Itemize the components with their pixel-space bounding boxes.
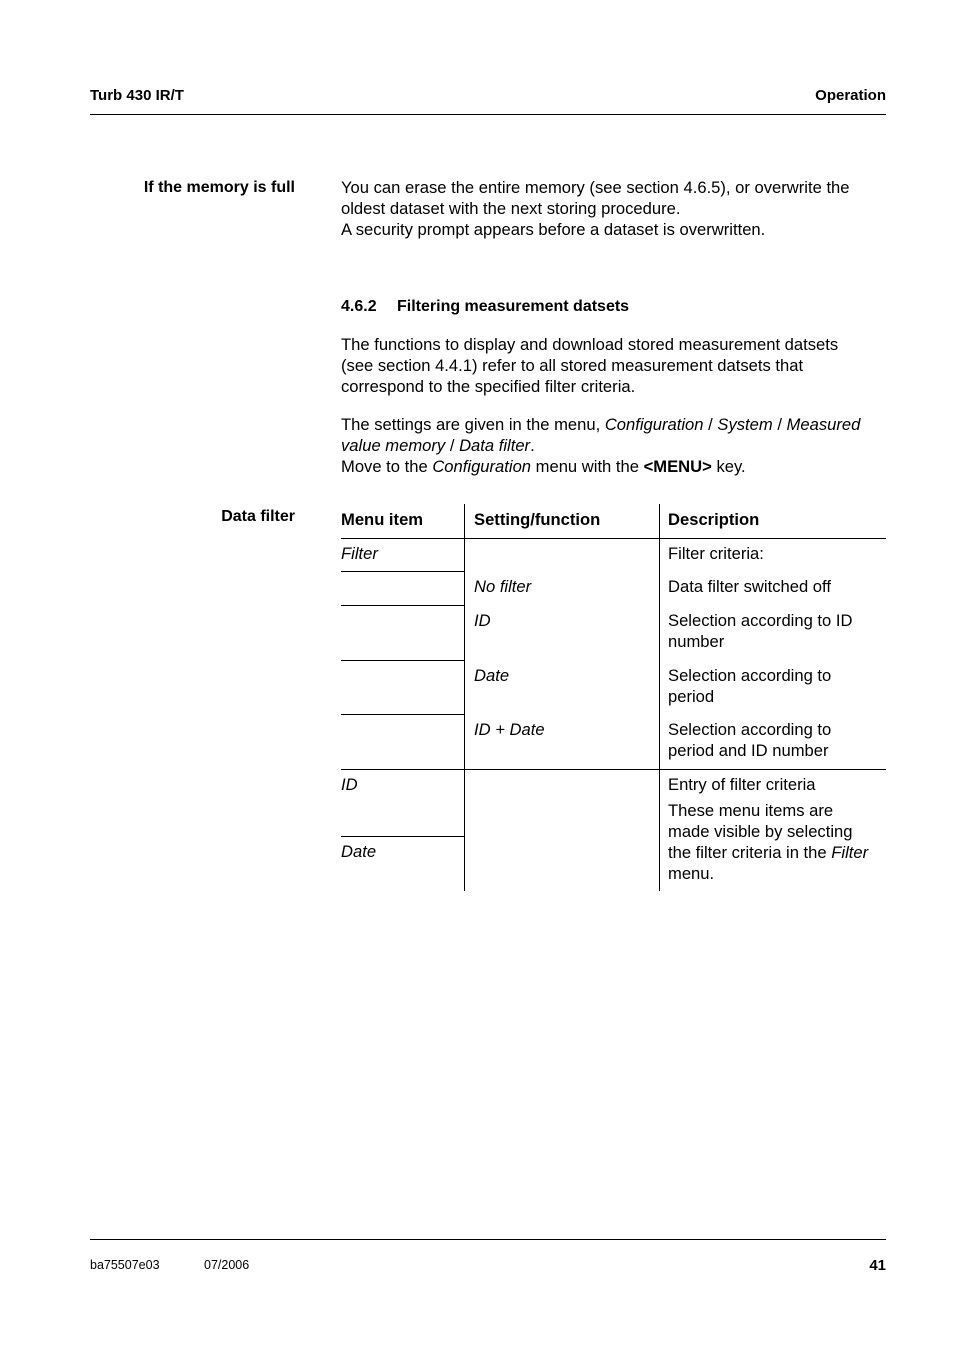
para-line: Move to the Configuration menu with the … — [341, 456, 891, 477]
table-cell-setting: ID + Date — [474, 719, 545, 740]
text: / — [704, 415, 718, 434]
setting-text: Date — [474, 666, 509, 685]
desc-line: period and ID number — [668, 740, 831, 761]
desc-line: These menu items are — [668, 800, 868, 821]
setting-text: ID + Date — [474, 720, 545, 739]
para-line: value memory / Data filter. — [341, 435, 891, 456]
table-cell-menu-item: Filter — [341, 543, 378, 564]
memory-full-label: If the memory is full — [144, 179, 295, 197]
setting-text: ID — [474, 611, 491, 630]
header-rule — [90, 114, 886, 115]
desc-line: the filter criteria in the Filter — [668, 842, 868, 863]
col-divider — [464, 504, 465, 891]
text: key. — [712, 457, 746, 476]
para-line: (see section 4.4.1) refer to all stored … — [341, 355, 891, 376]
th-description: Description — [668, 509, 759, 530]
key-name: <MENU> — [644, 457, 712, 476]
footer-rule — [90, 1239, 886, 1240]
menu-item-text: Filter — [341, 544, 378, 563]
row-divider — [341, 571, 464, 572]
col-divider — [659, 504, 660, 891]
menu-path: Configuration — [605, 415, 704, 434]
desc-line: Entry of filter criteria — [668, 774, 868, 795]
header-chapter: Operation — [815, 87, 886, 104]
text: / — [773, 415, 787, 434]
page-number: 41 — [869, 1257, 886, 1274]
para-line: correspond to the specified filter crite… — [341, 376, 891, 397]
menu-path: Data filter — [459, 436, 530, 455]
memory-full-text: You can erase the entire memory (see sec… — [341, 177, 891, 240]
header-underline — [341, 538, 886, 539]
section-para1: The functions to display and download st… — [341, 334, 891, 397]
menu-path: Configuration — [432, 457, 531, 476]
table-cell-description: Selection according to ID number — [668, 610, 852, 652]
text: The settings are given in the menu, — [341, 415, 605, 434]
table-cell-description: Filter criteria: — [668, 543, 764, 564]
row-divider — [341, 836, 464, 837]
memory-full-line: You can erase the entire memory (see sec… — [341, 177, 891, 198]
menu-path: System — [717, 415, 772, 434]
row-divider — [341, 660, 464, 661]
memory-full-line: A security prompt appears before a datas… — [341, 219, 891, 240]
row-divider — [341, 605, 464, 606]
table-cell-setting: No filter — [474, 576, 531, 597]
desc-line: period — [668, 686, 831, 707]
desc-line: Selection according to — [668, 665, 831, 686]
table-cell-setting: ID — [474, 610, 491, 631]
desc-line: made visible by selecting — [668, 821, 868, 842]
para-line: The functions to display and download st… — [341, 334, 891, 355]
text: menu with the — [531, 457, 644, 476]
th-setting: Setting/function — [474, 509, 600, 530]
menu-path: Measured — [787, 415, 861, 434]
menu-item-text: Date — [341, 842, 376, 861]
desc-line: Selection according to — [668, 719, 831, 740]
text: the filter criteria in the — [668, 843, 831, 862]
text: / — [445, 436, 459, 455]
para-line: The settings are given in the menu, Conf… — [341, 414, 891, 435]
menu-item-text: ID — [341, 775, 358, 794]
section-para2: The settings are given in the menu, Conf… — [341, 414, 891, 477]
desc-note: These menu items are made visible by sel… — [668, 800, 868, 884]
section-number: 4.6.2 — [341, 298, 397, 316]
text: Move to the — [341, 457, 432, 476]
desc-line: number — [668, 631, 852, 652]
footer-doc-id: ba75507e03 — [90, 1258, 160, 1272]
menu-path: Filter — [831, 843, 868, 862]
section-heading: 4.6.2Filtering measurement datsets — [341, 298, 629, 316]
table-cell-setting: Date — [474, 665, 509, 686]
table-cell-menu-item: Date — [341, 841, 376, 862]
section-title: Filtering measurement datsets — [397, 298, 629, 315]
table-cell-description: Selection according to period — [668, 665, 831, 707]
header-product: Turb 430 IR/T — [90, 87, 184, 104]
memory-full-line: oldest dataset with the next storing pro… — [341, 198, 891, 219]
text: . — [530, 436, 535, 455]
row-divider — [341, 714, 464, 715]
desc-line: menu. — [668, 863, 868, 884]
th-menu-item: Menu item — [341, 509, 423, 530]
setting-text: No filter — [474, 577, 531, 596]
table-cell-description: Data filter switched off — [668, 576, 831, 597]
data-filter-label: Data filter — [221, 508, 295, 526]
menu-path: value memory — [341, 436, 445, 455]
row-divider — [341, 769, 886, 770]
footer-date: 07/2006 — [204, 1258, 249, 1272]
table-cell-description: Entry of filter criteria These menu item… — [668, 774, 868, 884]
desc-line: Selection according to ID — [668, 610, 852, 631]
table-cell-description: Selection according to period and ID num… — [668, 719, 831, 761]
data-filter-table: Menu item Setting/function Description F… — [341, 504, 886, 891]
table-cell-menu-item: ID — [341, 774, 358, 795]
